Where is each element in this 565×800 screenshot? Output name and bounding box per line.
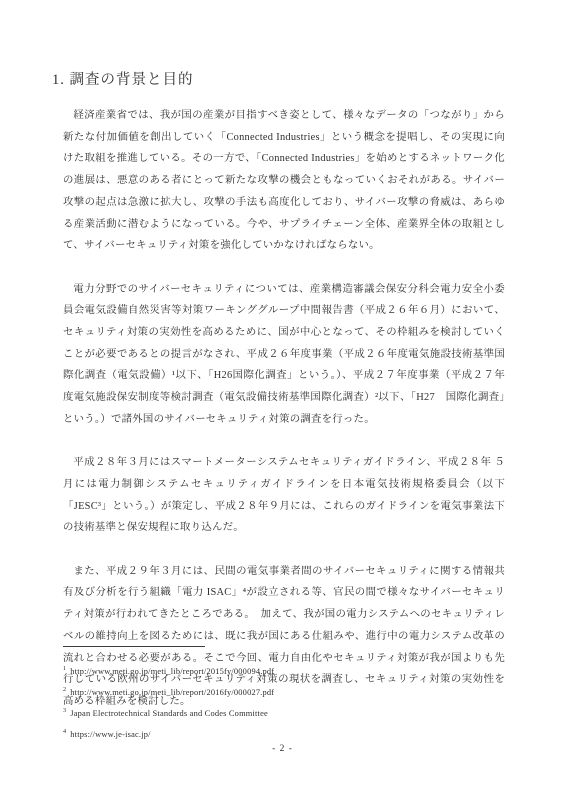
section-heading: 1. 調査の背景と目的 <box>52 68 505 89</box>
footnote-text: http://www.meti.go.jp/meti_lib/report/20… <box>70 667 274 676</box>
body-paragraph-1: 経済産業省では、我が国の産業が目指すべき姿として、様々なデータの「つながり」から… <box>63 105 505 257</box>
footnote-text: http://www.meti.go.jp/meti_lib/report/20… <box>70 688 274 697</box>
footnote-separator <box>63 646 205 647</box>
footnote-text: https://www.je-isac.jp/ <box>70 730 150 739</box>
document-page: 1. 調査の背景と目的 経済産業省では、我が国の産業が目指すべき姿として、様々な… <box>0 0 565 800</box>
body-paragraph-2: 電力分野でのサイバーセキュリティについては、産業構造審議会保安分科会電力安全小委… <box>63 279 505 431</box>
footnote-item: 3Japan Electrotechnical Standards and Co… <box>63 702 505 723</box>
page-number: - 2 - <box>0 744 565 754</box>
footnote-marker: 3 <box>63 707 66 714</box>
footnote-text: Japan Electrotechnical Standards and Cod… <box>70 709 268 718</box>
body-paragraph-3: 平成２８年３月にはスマートメーターシステムセキュリティガイドライン、平成２８年 … <box>63 452 505 539</box>
footnote-marker: 4 <box>63 728 66 735</box>
footnote-item: 2http://www.meti.go.jp/meti_lib/report/2… <box>63 681 505 702</box>
footnote-marker: 2 <box>63 686 66 693</box>
footnote-marker: 1 <box>63 665 66 672</box>
footnote-item: 4https://www.je-isac.jp/ <box>63 723 505 744</box>
page-content: 1. 調査の背景と目的 経済産業省では、我が国の産業が目指すべき姿として、様々な… <box>52 68 505 734</box>
body-text-block: 経済産業省では、我が国の産業が目指すべき姿として、様々なデータの「つながり」から… <box>63 105 505 713</box>
footnotes-block: 1http://www.meti.go.jp/meti_lib/report/2… <box>63 646 505 744</box>
footnote-item: 1http://www.meti.go.jp/meti_lib/report/2… <box>63 660 505 681</box>
